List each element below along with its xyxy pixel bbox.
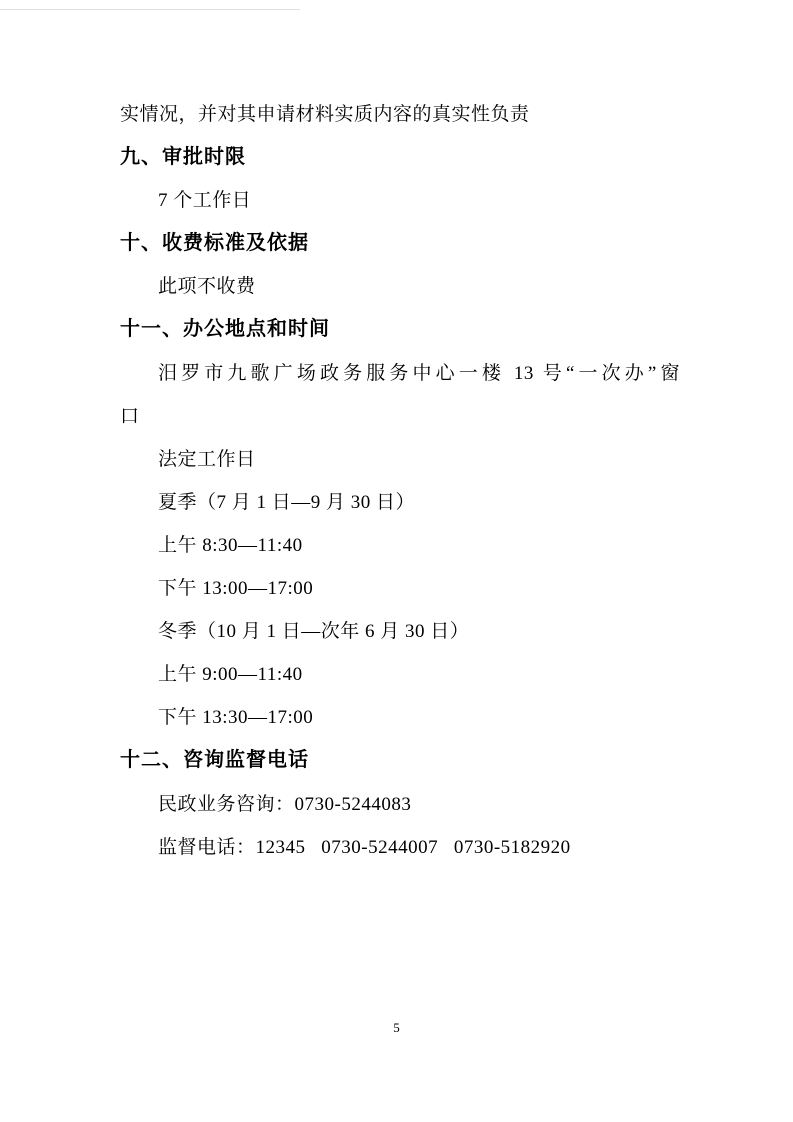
paragraph: 法定工作日 bbox=[120, 438, 680, 481]
paragraph-address-line1: 汨罗市九歌广场政务服务中心一楼 13 号“一次办”窗 bbox=[120, 352, 680, 395]
paragraph-supervise-phone: 监督电话：12345 0730-5244007 0730-5182920 bbox=[120, 826, 680, 869]
paragraph-winter-morning-hours: 上午 9:00—11:40 bbox=[120, 653, 680, 696]
paragraph-summer-afternoon-hours: 下午 13:00—17:00 bbox=[120, 567, 680, 610]
paragraph: 此项不收费 bbox=[120, 265, 680, 308]
page-number: 5 bbox=[0, 1020, 793, 1036]
document-page: 实情况，并对其申请材料实质内容的真实性负责 九、审批时限 7 个工作日 十、收费… bbox=[0, 0, 793, 1122]
paragraph: 7 个工作日 bbox=[120, 179, 680, 222]
paragraph-winter-afternoon-hours: 下午 13:30—17:00 bbox=[120, 696, 680, 739]
paragraph-continuation: 实情况，并对其申请材料实质内容的真实性负责 bbox=[120, 93, 680, 136]
section-heading-10: 十、收费标准及依据 bbox=[120, 222, 680, 265]
paragraph-summer-morning-hours: 上午 8:30—11:40 bbox=[120, 524, 680, 567]
paragraph-address-line2: 口 bbox=[120, 395, 680, 438]
paragraph-consult-phone: 民政业务咨询：0730-5244083 bbox=[120, 783, 680, 826]
scan-artifact-line bbox=[0, 9, 300, 10]
section-heading-12: 十二、咨询监督电话 bbox=[120, 739, 680, 782]
section-heading-9: 九、审批时限 bbox=[120, 136, 680, 179]
document-body: 实情况，并对其申请材料实质内容的真实性负责 九、审批时限 7 个工作日 十、收费… bbox=[120, 93, 680, 869]
paragraph-winter-period: 冬季（10 月 1 日—次年 6 月 30 日） bbox=[120, 610, 680, 653]
paragraph-summer-period: 夏季（7 月 1 日—9 月 30 日） bbox=[120, 481, 680, 524]
section-heading-11: 十一、办公地点和时间 bbox=[120, 308, 680, 351]
